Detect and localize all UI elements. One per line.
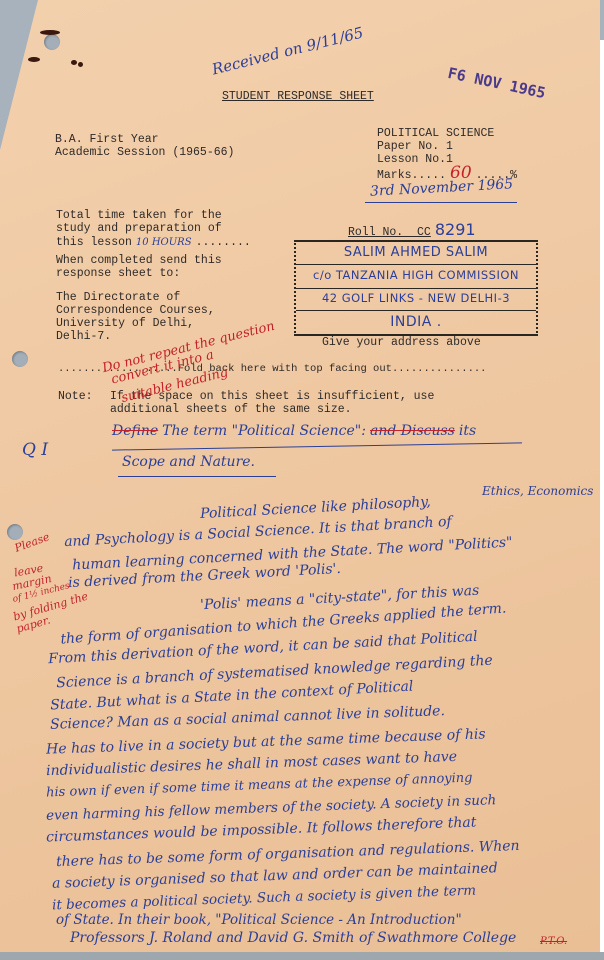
question-number: Q I [22,440,48,460]
subject-name: POLITICAL SCIENCE [377,127,494,140]
question-text: The term "Political Science": [162,423,366,439]
answer-line: of State. In their book, "Political Scie… [56,912,462,928]
paper-number: Paper No. 1 [377,140,453,153]
sheet-title: STUDENT RESPONSE SHEET [222,90,374,103]
address-row: SALIM AHMED SALIM [296,245,536,260]
address-divider [296,310,536,311]
address-row: INDIA . [296,314,536,330]
roll-number-label: Roll No. CC [348,226,431,239]
directorate-line4: Delhi-7. [56,330,111,343]
roll-number-row: Roll No. CC 8291 [348,220,476,240]
address-divider [296,264,536,265]
answer-line: Professors J. Roland and David G. Smith … [70,930,516,946]
struck-discuss: and Discuss [370,423,455,439]
answer-line: Ethics, Economics [482,484,593,498]
damage-mark [71,60,77,65]
question-text-end: its [459,423,476,439]
address-caption: Give your address above [322,336,481,349]
address-row: c/o TANZANIA HIGH COMMISSION [296,268,536,282]
damage-mark [40,30,60,35]
scan-border-bottom [0,952,604,960]
time-taken-row: this lesson 10 HOURS ........ [56,232,251,250]
address-divider [296,288,536,289]
question-text-line2: Scope and Nature. [122,454,255,470]
punch-hole-top [44,34,60,50]
struck-define: Define [112,423,158,439]
send-to-line1: When completed send this [56,254,222,267]
directorate-line3: University of Delhi, [56,317,194,330]
punch-hole-middle [12,351,28,367]
pto-note: P.T.O. [540,936,567,947]
damage-mark [28,57,40,62]
question-underline [118,476,276,477]
scan-border-right [600,40,604,960]
date-underline [365,202,517,203]
time-taken-dots: ........ [196,236,251,249]
send-to-line2: response sheet to: [56,267,180,280]
address-box: SALIM AHMED SALIM c/o TANZANIA HIGH COMM… [294,240,538,336]
question-line1: Define The term "Political Science": and… [112,422,476,440]
time-taken-label: this lesson [56,236,132,249]
address-row: 42 GOLF LINKS - NEW DELHI-3 [296,291,536,305]
directorate-line1: The Directorate of [56,291,180,304]
time-taken-value: 10 HOURS [136,237,192,248]
academic-session: Academic Session (1965-66) [55,146,234,159]
directorate-line2: Correspondence Courses, [56,304,215,317]
course-year: B.A. First Year [55,133,159,146]
damage-mark [78,62,83,67]
punch-hole-lower [7,524,23,540]
time-taken-line1: Total time taken for the [56,209,222,222]
roll-number-value: 8291 [435,220,476,239]
note-line2: additional sheets of the same size. [110,403,352,416]
note-label: Note: [58,390,93,403]
